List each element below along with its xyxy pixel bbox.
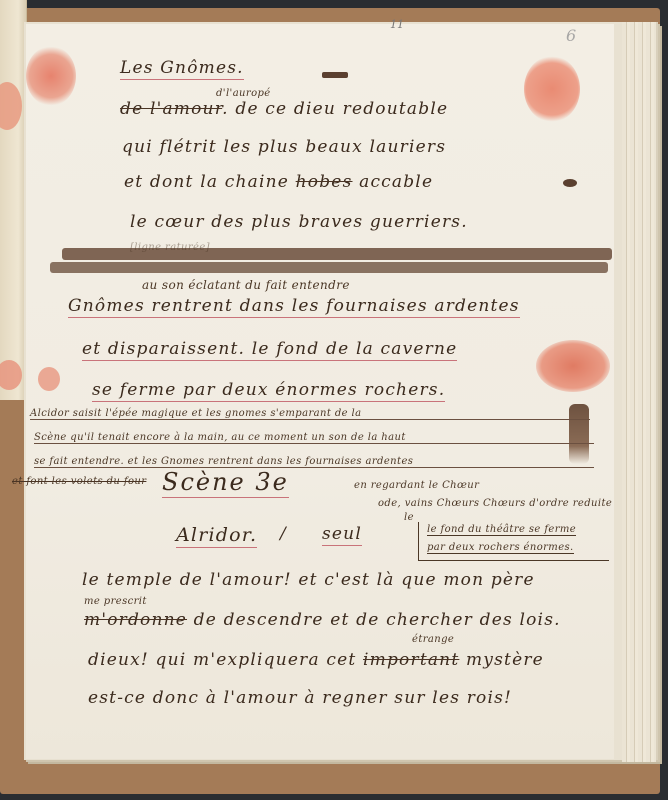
ink-blot xyxy=(563,179,577,187)
interlinear-insertion: d'l'auropé xyxy=(216,88,271,99)
stage-direction: Gnômes rentrent dans les fournaises arde… xyxy=(68,296,520,318)
scene-heading: Scène 3e xyxy=(162,468,289,498)
binding-flap xyxy=(0,0,27,400)
interlinear-insertion: me prescrit xyxy=(84,596,147,607)
red-stain xyxy=(0,360,22,390)
red-stain xyxy=(38,367,60,391)
speaker-label: Alridor. xyxy=(176,524,257,548)
speaker-label: Les Gnômes. xyxy=(120,58,244,80)
red-stain xyxy=(536,340,610,392)
page-edges xyxy=(622,22,656,762)
red-stain xyxy=(26,46,76,106)
verse-line: et dont la chaine hobes accable xyxy=(124,172,433,192)
ink-blot xyxy=(322,72,348,78)
struck-text: [ligne raturée] xyxy=(130,242,210,253)
marginal-note: en regardant le Chœur xyxy=(354,480,479,491)
caret-mark: / xyxy=(280,524,287,544)
verse-line: qui flétrit les plus beaux lauriers xyxy=(122,137,446,157)
verse-line: de l'amour. de ce dieu redoutable xyxy=(120,99,448,119)
verse-line: le cœur des plus braves guerriers. xyxy=(130,212,468,232)
marginal-correction: se fait entendre. et les Gnomes rentrent… xyxy=(34,456,594,468)
verse-line: m'ordonne de descendre et de chercher de… xyxy=(84,610,561,630)
page-mark: 6 xyxy=(566,26,576,45)
struck-line xyxy=(50,262,608,273)
verse-line: dieux! qui m'expliquera cet important my… xyxy=(88,650,544,670)
marginal-correction: Alcidor saisit l'épée magique et les gno… xyxy=(30,408,590,420)
marginal-note: ode, vains Chœurs Chœurs d'ordre reduite xyxy=(378,498,612,509)
red-stain xyxy=(524,56,580,122)
marginal-note: le xyxy=(404,512,414,523)
page-mark: 11 xyxy=(390,18,404,31)
manuscript-page: 11 6 Les Gnômes. d'l'auropé de l'amour. … xyxy=(26,24,614,759)
verse-line: est-ce donc à l'amour à regner sur les r… xyxy=(88,688,512,708)
verse-line: le temple de l'amour! et c'est là que mo… xyxy=(82,570,535,590)
stage-direction: se ferme par deux énormes rochers. xyxy=(92,380,445,402)
interlinear-insertion: au son éclatant du fait entendre xyxy=(142,278,350,292)
interlinear-insertion: étrange xyxy=(412,634,454,645)
marginal-correction: Scène qu'il tenait encore à la main, au … xyxy=(34,432,594,444)
stage-direction: seul xyxy=(322,524,362,546)
stage-direction: et disparaissent. le fond de la caverne xyxy=(82,339,457,361)
boxed-insertion: le fond du théâtre se ferme par deux roc… xyxy=(418,522,609,561)
marginal-correction: et font les volets du four xyxy=(12,476,146,487)
red-stain xyxy=(0,82,22,130)
